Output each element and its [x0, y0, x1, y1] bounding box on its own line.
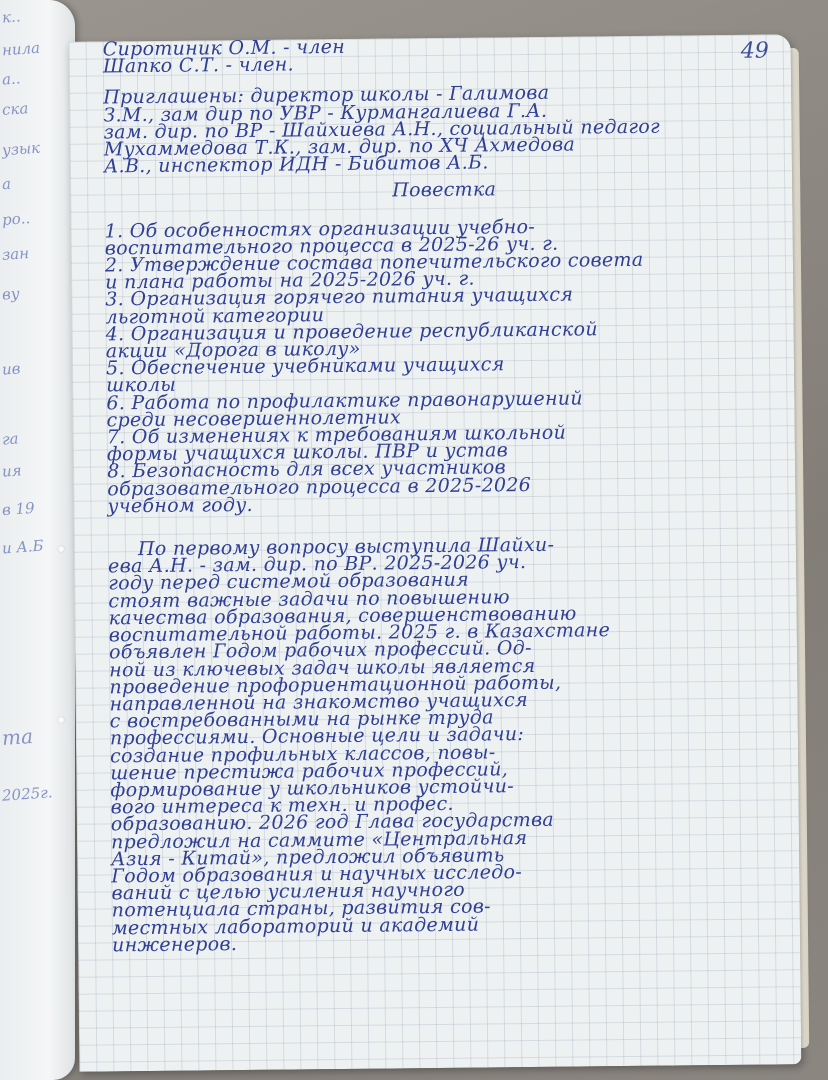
left-page-fragment: ро..	[1, 209, 30, 229]
minutes-body: По первому вопросу выступила Шайхи- ева …	[108, 534, 792, 954]
attendees-block: Приглашены: директор школы - Галимова З.…	[103, 83, 784, 176]
binding-stitch	[58, 546, 64, 552]
left-page-fragment: зан	[1, 244, 29, 264]
members-list: Сиротиник О.М. - член Шапко С.Т. - член.	[103, 34, 783, 76]
agenda-title: Повестка	[104, 179, 784, 203]
left-page-fragment: ска	[1, 99, 29, 119]
left-page-fragment: ия	[1, 461, 22, 480]
left-page-fragment: и А.Б	[1, 537, 44, 558]
left-page-fragment: к..	[1, 7, 21, 26]
left-page-fragment: га	[1, 429, 19, 448]
left-page-fragment: а..	[1, 69, 21, 88]
left-page-fragment: ву	[1, 284, 20, 303]
previous-page-edge: к.. нила а.. ска узык а ро.. зан ву ив г…	[0, 0, 75, 1080]
left-page-fragment: узык	[1, 139, 40, 160]
binding-stitch	[58, 717, 64, 723]
notebook-page: 49 Сиротиник О.М. - член Шапко С.Т. - чл…	[69, 34, 802, 1072]
left-page-fragment: нила	[1, 39, 40, 60]
agenda-list: 1. Об особенностях организации учебно- в…	[105, 216, 788, 516]
left-page-fragment: та	[1, 724, 33, 750]
left-page-fragment: в 19	[1, 499, 35, 519]
left-page-fragment: а	[1, 175, 11, 194]
handwritten-text: Сиротиник О.М. - член Шапко С.Т. - член.…	[103, 34, 793, 954]
left-page-fragment: 2025г.	[1, 783, 53, 804]
left-page-fragment: ив	[1, 359, 21, 378]
member-line: Шапко С.Т. - член.	[103, 52, 783, 76]
attendees-line: А.В., инспектор ИДН - Бибитов А.Б.	[104, 152, 784, 176]
